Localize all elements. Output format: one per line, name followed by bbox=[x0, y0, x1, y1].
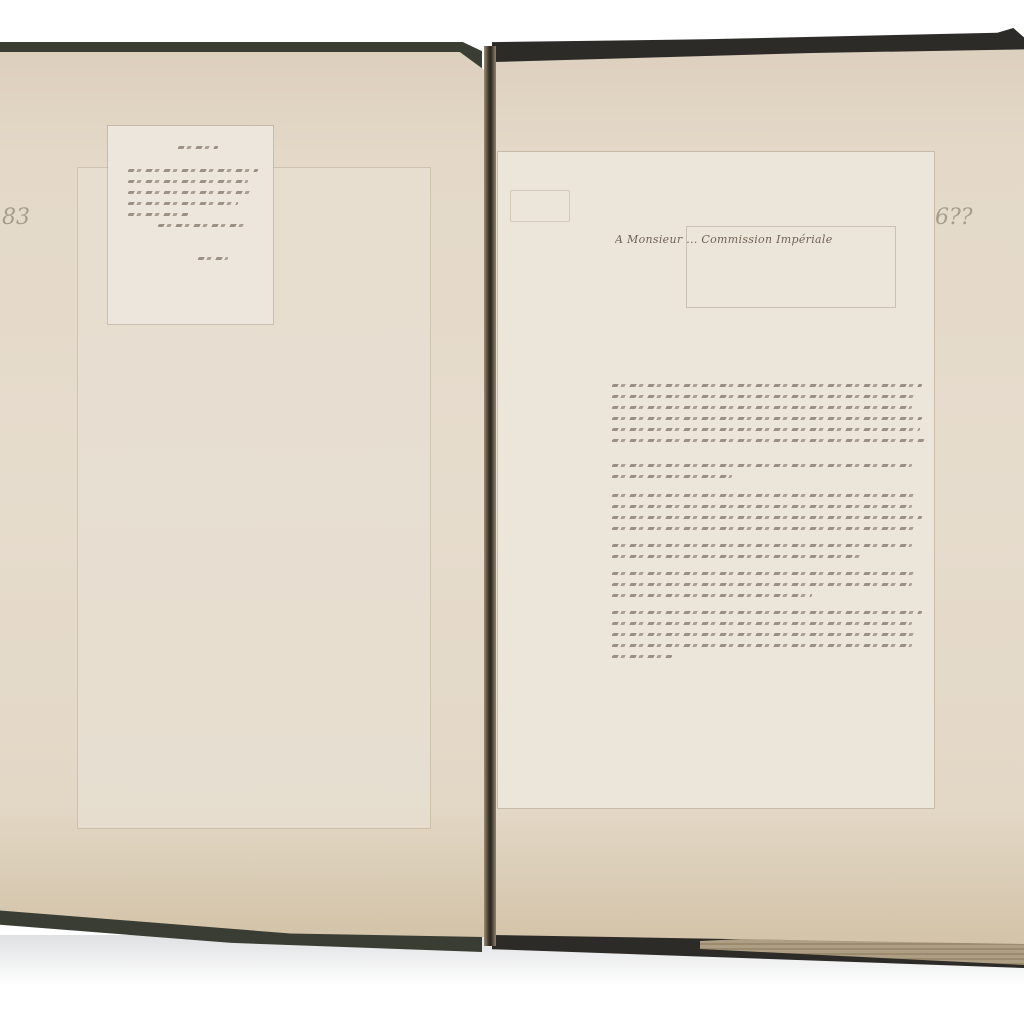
letter-salutation: A Monsieur ... Commission Impériale bbox=[615, 232, 935, 247]
left-pencil-number: 83 bbox=[2, 205, 30, 230]
photo-scene: 83 6?? A Monsieur ... Commission Impéria… bbox=[0, 0, 1024, 1024]
book-gutter bbox=[484, 46, 496, 946]
faint-stamp bbox=[510, 190, 570, 222]
right-pencil-number: 6?? bbox=[935, 205, 973, 230]
note-card bbox=[108, 126, 273, 324]
note-card-handwriting bbox=[128, 140, 248, 268]
letter-body bbox=[612, 378, 930, 666]
